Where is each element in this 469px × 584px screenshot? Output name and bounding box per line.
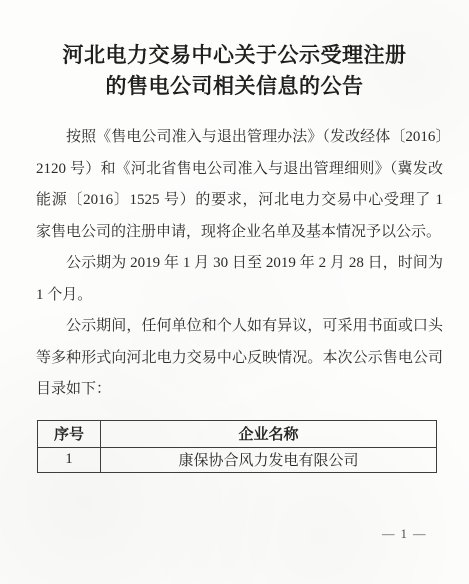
document-page: 河北电力交易中心关于公示受理注册 的售电公司相关信息的公告 按照《售电公司准入与… (0, 0, 469, 584)
title-line-1: 河北电力交易中心关于公示受理注册 (28, 40, 441, 71)
document-body: 按照《售电公司准入与退出管理办法》（发改经体〔2016〕2120 号）和《河北省… (36, 122, 443, 406)
document-title: 河北电力交易中心关于公示受理注册 的售电公司相关信息的公告 (28, 40, 441, 102)
page-number: — 1 — (382, 527, 427, 541)
column-header-index: 序号 (38, 420, 101, 447)
cell-company-name: 康保协合风力发电有限公司 (101, 447, 437, 472)
table-row: 1 康保协合风力发电有限公司 (38, 447, 437, 472)
column-header-company-name: 企业名称 (101, 420, 437, 447)
paragraph-legal-basis: 按照《售电公司准入与退出管理办法》（发改经体〔2016〕2120 号）和《河北省… (36, 122, 443, 248)
cell-row-index: 1 (38, 447, 101, 472)
company-directory-table: 序号 企业名称 1 康保协合风力发电有限公司 (37, 420, 437, 473)
table-header-row: 序号 企业名称 (38, 420, 437, 447)
title-line-2: 的售电公司相关信息的公告 (28, 71, 441, 102)
paragraph-objection-channels: 公示期间，任何单位和个人如有异议，可采用书面或口头等多种形式向河北电力交易中心反… (36, 311, 443, 406)
page-footer: — 1 — (382, 527, 427, 542)
paragraph-publicity-period: 公示期为 2019 年 1 月 30 日至 2019 年 2 月 28 日，时间… (36, 248, 443, 311)
